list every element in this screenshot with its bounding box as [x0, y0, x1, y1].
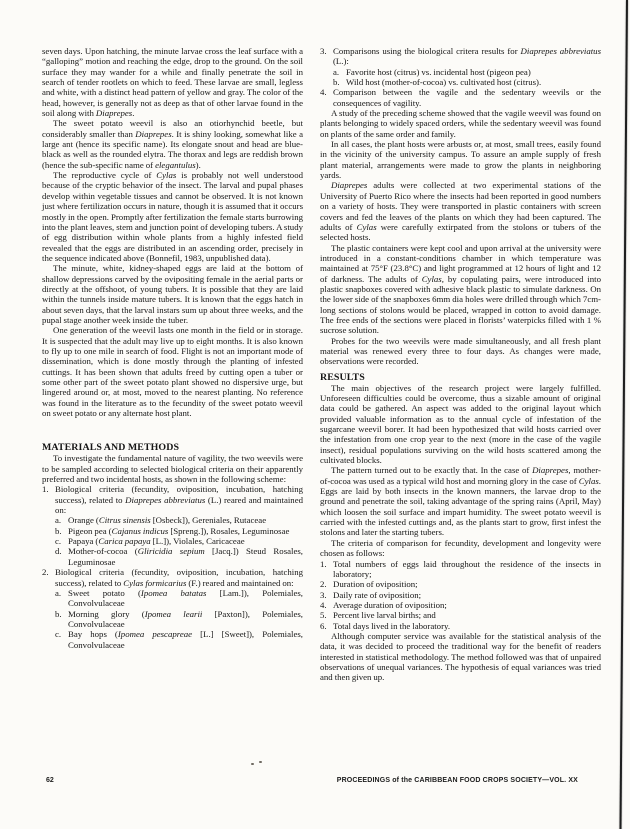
list-item: 3.Comparisons using the biological crite…	[320, 46, 601, 67]
text-run: To investigate the fundamental nature of…	[42, 453, 303, 484]
list-item: 1.Total numbers of eggs laid throughout …	[320, 559, 601, 580]
list-item-text: Orange (Citrus sinensis [Osbeck]), Geren…	[68, 515, 303, 525]
paragraph: To investigate the fundamental nature of…	[42, 453, 303, 484]
paragraph: seven days. Upon hatching, the minute la…	[42, 46, 303, 118]
text-run: A study of the preceding scheme showed t…	[320, 108, 601, 139]
italic-run: Carica papaya	[98, 536, 150, 546]
italic-run: Cylas formicarius	[123, 578, 186, 588]
italic-run: Ipomea pescapreae	[118, 629, 192, 639]
list-item-text: Average duration of oviposition;	[333, 600, 601, 610]
list-item: 1.Biological criteria (fecundity, ovipos…	[42, 484, 303, 515]
list-item: d.Mother-of-cocoa (Gliricidia sepium [Ja…	[42, 546, 303, 567]
paragraph: The minute, white, kidney-shaped eggs ar…	[42, 263, 303, 325]
list-item-text: Papaya (Carica papaya [L.]), Violales, C…	[68, 536, 303, 546]
list-item: a.Favorite host (citrus) vs. incidental …	[320, 67, 601, 77]
paragraph: The reproductive cycle of Cylas is proba…	[42, 170, 303, 263]
list-marker: 3.	[320, 46, 333, 56]
list-marker: d.	[55, 546, 68, 556]
text-run: Comparisons using the biological critera…	[333, 46, 521, 56]
list-item: b.Wild host (mother-of-cocoa) vs. cultiv…	[320, 77, 601, 87]
list-item-text: Total numbers of eggs laid throughout th…	[333, 559, 601, 580]
italic-run: elegantulus	[155, 160, 196, 170]
paragraph: The pattern turned out to be exactly tha…	[320, 465, 601, 537]
list-item: 2.Biological criteria (fecundity, ovipos…	[42, 567, 303, 588]
left-column: seven days. Upon hatching, the minute la…	[42, 46, 303, 683]
list-marker: 3.	[320, 590, 333, 600]
list-marker: b.	[333, 77, 346, 87]
right-column: 3.Comparisons using the biological crite…	[320, 46, 601, 683]
italic-run: Diaprepes	[532, 465, 568, 475]
text-run: [L.]), Violales, Caricaceae	[151, 536, 245, 546]
text-run: The minute, white, kidney-shaped eggs ar…	[42, 263, 303, 325]
text-columns: seven days. Upon hatching, the minute la…	[42, 46, 601, 683]
paragraph: Probes for the two weevils were made sim…	[320, 336, 601, 367]
text-run: Duration of oviposition;	[333, 579, 418, 589]
list-item-text: Bay hops (Ipomea pescapreae [L.] [Sweet]…	[68, 629, 303, 650]
text-run: Mother-of-cocoa (	[68, 546, 138, 556]
list-item-text: Comparison between the vagile and the se…	[333, 87, 601, 108]
italic-run: Cylas	[156, 170, 176, 180]
list-item-text: Comparisons using the biological critera…	[333, 46, 601, 67]
text-run: is probably not well understood because …	[42, 170, 303, 263]
list-marker: a.	[333, 67, 346, 77]
list-item-text: Duration of oviposition;	[333, 579, 601, 589]
text-run: Probes for the two weevils were made sim…	[320, 336, 601, 367]
text-run: MATERIALS AND METHODS	[42, 442, 179, 453]
text-run: Total numbers of eggs laid throughout th…	[333, 559, 601, 579]
paragraph: The sweet potato weevil is also an otior…	[42, 118, 303, 170]
text-run: Bay hops (	[68, 629, 118, 639]
list-marker: 2.	[42, 567, 55, 577]
text-run: (L.):	[333, 56, 349, 66]
text-run: The criteria of comparison for fecundity…	[320, 538, 601, 558]
paragraph: The plastic containers were kept cool an…	[320, 243, 601, 336]
scan-edge-line	[619, 0, 627, 829]
italic-run: Cylas	[357, 222, 377, 232]
text-run: Comparison between the vagile and the se…	[333, 87, 601, 107]
text-run: Percent live larval births; and	[333, 610, 436, 620]
text-run: In all cases, the plant hosts were arbus…	[320, 139, 601, 180]
list-item: c.Papaya (Carica papaya [L.]), Violales,…	[42, 536, 303, 546]
italic-run: Ipomea batatas	[141, 588, 207, 598]
italic-run: Diaprepes abbreviatus	[125, 495, 205, 505]
list-marker: b.	[55, 526, 68, 536]
list-item-text: Total days lived in the laboratory.	[333, 621, 601, 631]
text-run: [Spreng.]), Rosales, Leguminosae	[168, 526, 289, 536]
scanned-paper-page: seven days. Upon hatching, the minute la…	[0, 0, 630, 829]
scan-artifact	[251, 763, 254, 765]
list-item: a.Orange (Citrus sinensis [Osbeck]), Ger…	[42, 515, 303, 525]
list-item-text: Morning glory (Ipomea learii [Paxton]), …	[68, 609, 303, 630]
italic-run: Citrus sinensis	[99, 515, 151, 525]
list-marker: c.	[55, 629, 68, 639]
italic-run: Cylas	[579, 476, 599, 486]
list-marker: b.	[55, 609, 68, 619]
text-run: Although computer service was available …	[320, 631, 601, 682]
paragraph: Although computer service was available …	[320, 631, 601, 683]
text-run: Orange (	[68, 515, 99, 525]
list-item: 6.Total days lived in the laboratory.	[320, 621, 601, 631]
list-item: 5.Percent live larval births; and	[320, 610, 601, 620]
list-marker: 5.	[320, 610, 333, 620]
text-run: The pattern turned out to be exactly tha…	[331, 465, 532, 475]
text-run: Average duration of oviposition;	[333, 600, 447, 610]
italic-run: Diaprepes	[135, 129, 171, 139]
list-item-text: Sweet potato (Ipomea batatas [Lam.]), Po…	[68, 588, 303, 609]
list-marker: 2.	[320, 579, 333, 589]
list-marker: 6.	[320, 621, 333, 631]
text-run: The main objectives of the research proj…	[320, 383, 601, 465]
text-run: Wild host (mother-of-cocoa) vs. cultivat…	[346, 77, 541, 87]
list-item: 2.Duration of oviposition;	[320, 579, 601, 589]
text-run: Daily rate of oviposition;	[333, 590, 421, 600]
list-item-text: Biological criteria (fecundity, oviposit…	[55, 484, 303, 515]
list-item: b.Morning glory (Ipomea learii [Paxton])…	[42, 609, 303, 630]
paragraph: One generation of the weevil lasts one m…	[42, 325, 303, 418]
list-item: a.Sweet potato (Ipomea batatas [Lam.]), …	[42, 588, 303, 609]
list-item-text: Wild host (mother-of-cocoa) vs. cultivat…	[346, 77, 601, 87]
journal-footer-line: PROCEEDINGS of the CARIBBEAN FOOD CROPS …	[337, 777, 578, 784]
text-run: seven days. Upon hatching, the minute la…	[42, 46, 303, 118]
text-run: Pigeon pea (	[68, 526, 112, 536]
list-item: b.Pigeon pea (Cajanus indicus [Spreng.])…	[42, 526, 303, 536]
list-marker: 1.	[320, 559, 333, 569]
italic-run: Diaprepes	[331, 180, 367, 190]
italic-run: Cajanus indicus	[112, 526, 169, 536]
italic-run: Cylas	[422, 274, 442, 284]
list-item-text: Daily rate of oviposition;	[333, 590, 601, 600]
text-run: Papaya (	[68, 536, 98, 546]
list-item-text: Pigeon pea (Cajanus indicus [Spreng.]), …	[68, 526, 303, 536]
list-marker: a.	[55, 588, 68, 598]
text-run: Total days lived in the laboratory.	[333, 621, 450, 631]
page-footer: 62 PROCEEDINGS of the CARIBBEAN FOOD CRO…	[0, 777, 630, 789]
paragraph: Diaprepes adults were collected at two e…	[320, 180, 601, 242]
paragraph: The criteria of comparison for fecundity…	[320, 538, 601, 559]
list-item-text: Biological criteria (fecundity, oviposit…	[55, 567, 303, 588]
list-item-text: Mother-of-cocoa (Gliricidia sepium [Jacq…	[68, 546, 303, 567]
section-heading: MATERIALS AND METHODS	[42, 442, 303, 453]
list-marker: 4.	[320, 87, 333, 97]
list-item-text: Percent live larval births; and	[333, 610, 601, 620]
text-run: One generation of the weevil lasts one m…	[42, 325, 303, 418]
text-run: [Osbeck]), Gereniales, Rutaceae	[151, 515, 266, 525]
text-run: The reproductive cycle of	[53, 170, 156, 180]
text-run: .	[132, 108, 134, 118]
text-run: Morning glory (	[68, 609, 145, 619]
section-heading: RESULTS	[320, 372, 601, 383]
text-run: (F.) reared and maintained on:	[186, 578, 293, 588]
list-item: c.Bay hops (Ipomea pescapreae [L.] [Swee…	[42, 629, 303, 650]
text-run: RESULTS	[320, 372, 365, 383]
paragraph: A study of the preceding scheme showed t…	[320, 108, 601, 139]
list-marker: 1.	[42, 484, 55, 494]
list-marker: a.	[55, 515, 68, 525]
italic-run: Diaprepes	[96, 108, 132, 118]
list-marker: c.	[55, 536, 68, 546]
list-item: 3.Daily rate of oviposition;	[320, 590, 601, 600]
list-item-text: Favorite host (citrus) vs. incidental ho…	[346, 67, 601, 77]
scan-artifact	[259, 761, 262, 763]
list-item: 4.Average duration of oviposition;	[320, 600, 601, 610]
paragraph: The main objectives of the research proj…	[320, 383, 601, 466]
italic-run: Ipomea learii	[145, 609, 203, 619]
page-number: 62	[46, 777, 54, 784]
text-run: Sweet potato (	[68, 588, 141, 598]
list-item: 4.Comparison between the vagile and the …	[320, 87, 601, 108]
italic-run: Diaprepes abbreviatus	[521, 46, 601, 56]
italic-run: Gliricidia sepium	[138, 546, 205, 556]
paragraph: In all cases, the plant hosts were arbus…	[320, 139, 601, 180]
text-run: ).	[196, 160, 201, 170]
text-run: Favorite host (citrus) vs. incidental ho…	[346, 67, 531, 77]
list-marker: 4.	[320, 600, 333, 610]
